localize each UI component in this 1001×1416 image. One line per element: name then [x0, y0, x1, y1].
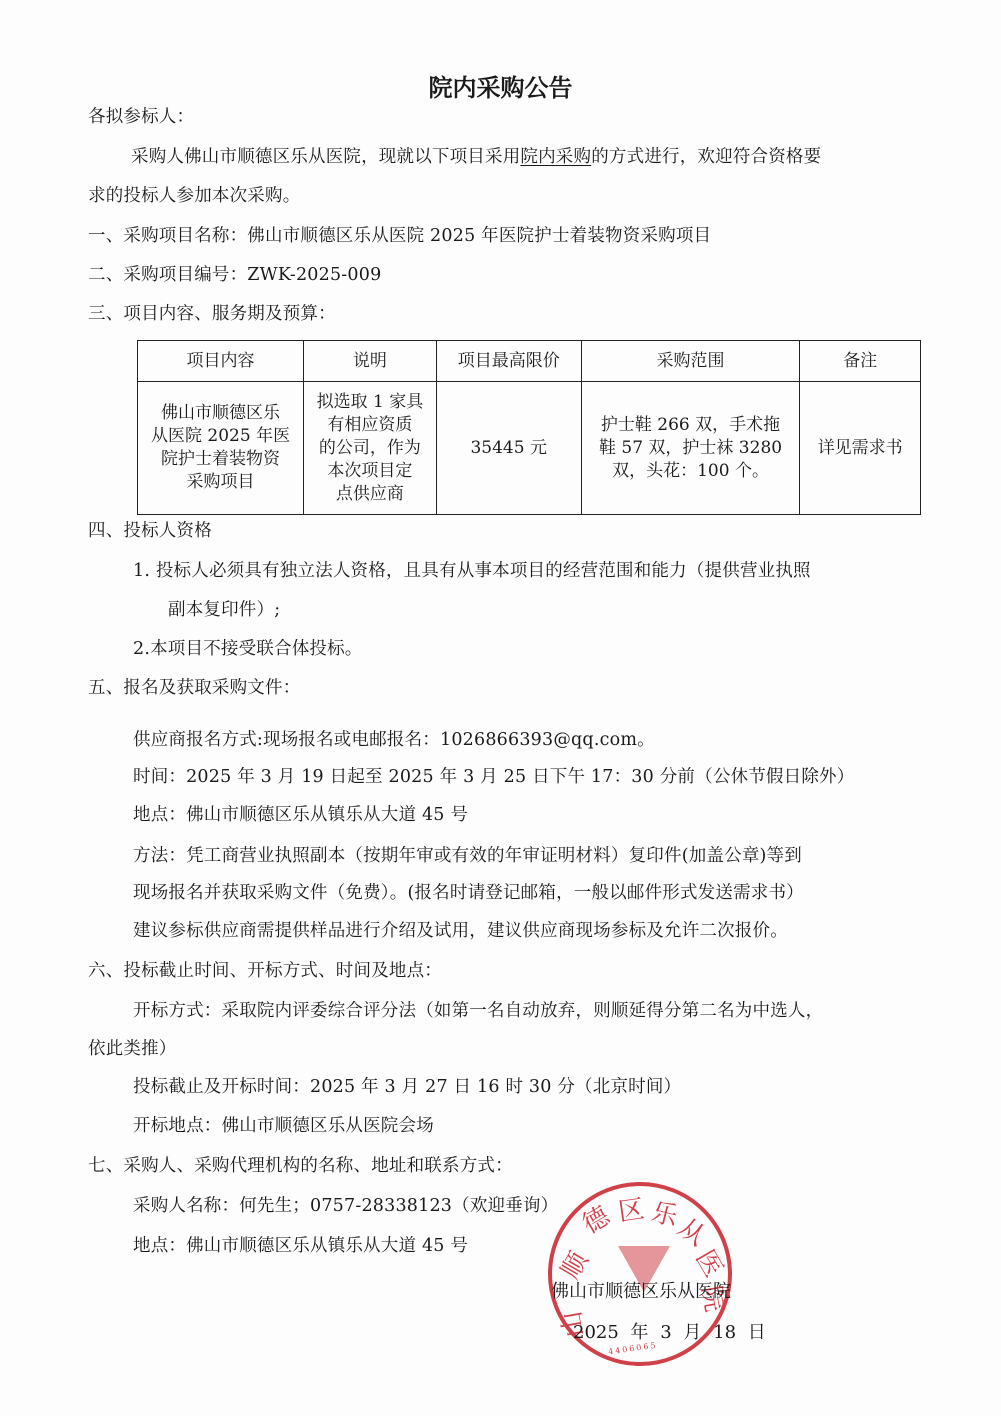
- seal-arc-char: 区: [616, 1188, 647, 1228]
- section-3-heading: 三、项目内容、服务期及预算：: [88, 303, 336, 325]
- procurement-method-underlined: 院内采购: [520, 147, 591, 167]
- cell-scope: 护士鞋 266 双，手术拖 鞋 57 双，护士袜 3280 双，头花：100 个…: [581, 382, 800, 515]
- section-6-heading: 六、投标截止时间、开标方式、时间及地点：: [88, 960, 442, 982]
- cell-line: 拟选取 1 家具: [308, 391, 432, 414]
- seal-arc-char: 德: [574, 1196, 615, 1241]
- bid-opening-method-line-2: 依此类推）: [88, 1038, 177, 1060]
- intro-text-before: 采购人佛山市顺德区乐从医院，现就以下项目采用: [131, 147, 520, 167]
- registration-time: 时间：2025 年 3 月 19 日起至 2025 年 3 月 25 日下午 1…: [133, 766, 854, 788]
- bid-opening-place: 开标地点：佛山市顺德区乐从医院会场: [133, 1115, 434, 1137]
- header-max-price: 项目最高限价: [436, 341, 581, 382]
- registration-method: 供应商报名方式:现场报名或电邮报名：1026866393@qq.com。: [133, 729, 655, 751]
- table-header-row: 项目内容 说明 项目最高限价 采购范围 备注: [138, 341, 921, 382]
- section-2-project-number: 二、采购项目编号：ZWK-2025-009: [88, 264, 381, 286]
- section-5-heading: 五、报名及获取采购文件：: [88, 677, 300, 699]
- table-row: 佛山市顺德区乐 从医院 2025 年医 院护士着装物资 采购项目 拟选取 1 家…: [138, 382, 921, 515]
- header-content: 项目内容: [138, 341, 304, 382]
- intro-line-1: 采购人佛山市顺德区乐从医院，现就以下项目采用院内采购的方式进行，欢迎符合资格要: [131, 146, 821, 168]
- cell-line: 从医院 2025 年医: [142, 425, 299, 448]
- header-remarks: 备注: [800, 341, 921, 382]
- registration-procedure-line-1: 方法：凭工商营业执照副本（按期年审或有效的年审证明材料）复印件(加盖公章)等到: [133, 845, 802, 867]
- cell-line: 鞋 57 双，护士袜 3280: [586, 437, 796, 460]
- cell-line: 采购项目: [142, 471, 299, 494]
- qualification-item-2: 2.本项目不接受联合体投标。: [133, 638, 363, 660]
- purchaser-contact: 采购人名称：何先生；0757-28338123（欢迎垂询）: [133, 1195, 558, 1217]
- header-scope: 采购范围: [581, 341, 800, 382]
- cell-line: 护士鞋 266 双，手术拖: [586, 414, 796, 437]
- seal-arc-char: 乐: [648, 1191, 682, 1233]
- cell-line: 双，头花：100 个。: [586, 460, 796, 483]
- signature-date: 2025 年 3 月 18 日: [573, 1318, 766, 1344]
- intro-text-after: 的方式进行，欢迎符合资格要: [591, 147, 821, 167]
- registration-procedure-line-2: 现场报名并获取采购文件（免费）。(报名时请登记邮箱，一般以邮件形式发送需求书）: [133, 882, 804, 904]
- qualification-item-1-line-1: 1. 投标人必须具有独立法人资格，且具有从事本项目的经营范围和能力（提供营业执照: [133, 560, 811, 582]
- salutation: 各拟参标人：: [88, 106, 194, 128]
- section-7-heading: 七、采购人、采购代理机构的名称、地址和联系方式：: [88, 1155, 513, 1177]
- registration-location: 地点：佛山市顺德区乐从镇乐从大道 45 号: [133, 804, 468, 826]
- section-1-project-name: 一、采购项目名称：佛山市顺德区乐从医院 2025 年医院护士着装物资采购项目: [88, 225, 711, 247]
- intro-line-2: 求的投标人参加本次采购。: [88, 185, 300, 207]
- bid-deadline: 投标截止及开标时间：2025 年 3 月 27 日 16 时 30 分（北京时间…: [133, 1076, 681, 1098]
- bid-opening-method-line-1: 开标方式：采取院内评委综合评分法（如第一名自动放弃，则顺延得分第二名为中选人，: [133, 1000, 823, 1022]
- document-title: 院内采购公告: [0, 68, 1001, 103]
- cell-line: 佛山市顺德区乐: [142, 402, 299, 425]
- purchaser-location: 地点：佛山市顺德区乐从镇乐从大道 45 号: [133, 1235, 468, 1257]
- seal-arc-char: 从: [672, 1208, 715, 1253]
- cell-line: 院护士着装物资: [142, 448, 299, 471]
- cell-line: 点供应商: [308, 483, 432, 506]
- signature-organization: 佛山市顺德区乐从医院: [551, 1277, 731, 1303]
- qualification-item-1-line-2: 副本复印件）;: [168, 599, 280, 621]
- cell-line: 本次项目定: [308, 460, 432, 483]
- cell-content: 佛山市顺德区乐 从医院 2025 年医 院护士着装物资 采购项目: [138, 382, 304, 515]
- cell-description: 拟选取 1 家具 有相应资质 的公司，作为 本次项目定 点供应商: [304, 382, 437, 515]
- header-description: 说明: [304, 341, 437, 382]
- cell-max-price: 35445 元: [436, 382, 581, 515]
- cell-remarks: 详见需求书: [800, 382, 921, 515]
- procurement-table: 项目内容 说明 项目最高限价 采购范围 备注 佛山市顺德区乐 从医院 2025 …: [137, 340, 921, 515]
- document-page: 院内采购公告 各拟参标人： 采购人佛山市顺德区乐从医院，现就以下项目采用院内采购…: [0, 0, 1001, 1416]
- section-4-heading: 四、投标人资格: [88, 520, 212, 542]
- sample-suggestion: 建议参标供应商需提供样品进行介绍及试用，建议供应商现场参标及允许二次报价。: [133, 920, 788, 942]
- cell-line: 有相应资质: [308, 414, 432, 437]
- cell-line: 的公司，作为: [308, 437, 432, 460]
